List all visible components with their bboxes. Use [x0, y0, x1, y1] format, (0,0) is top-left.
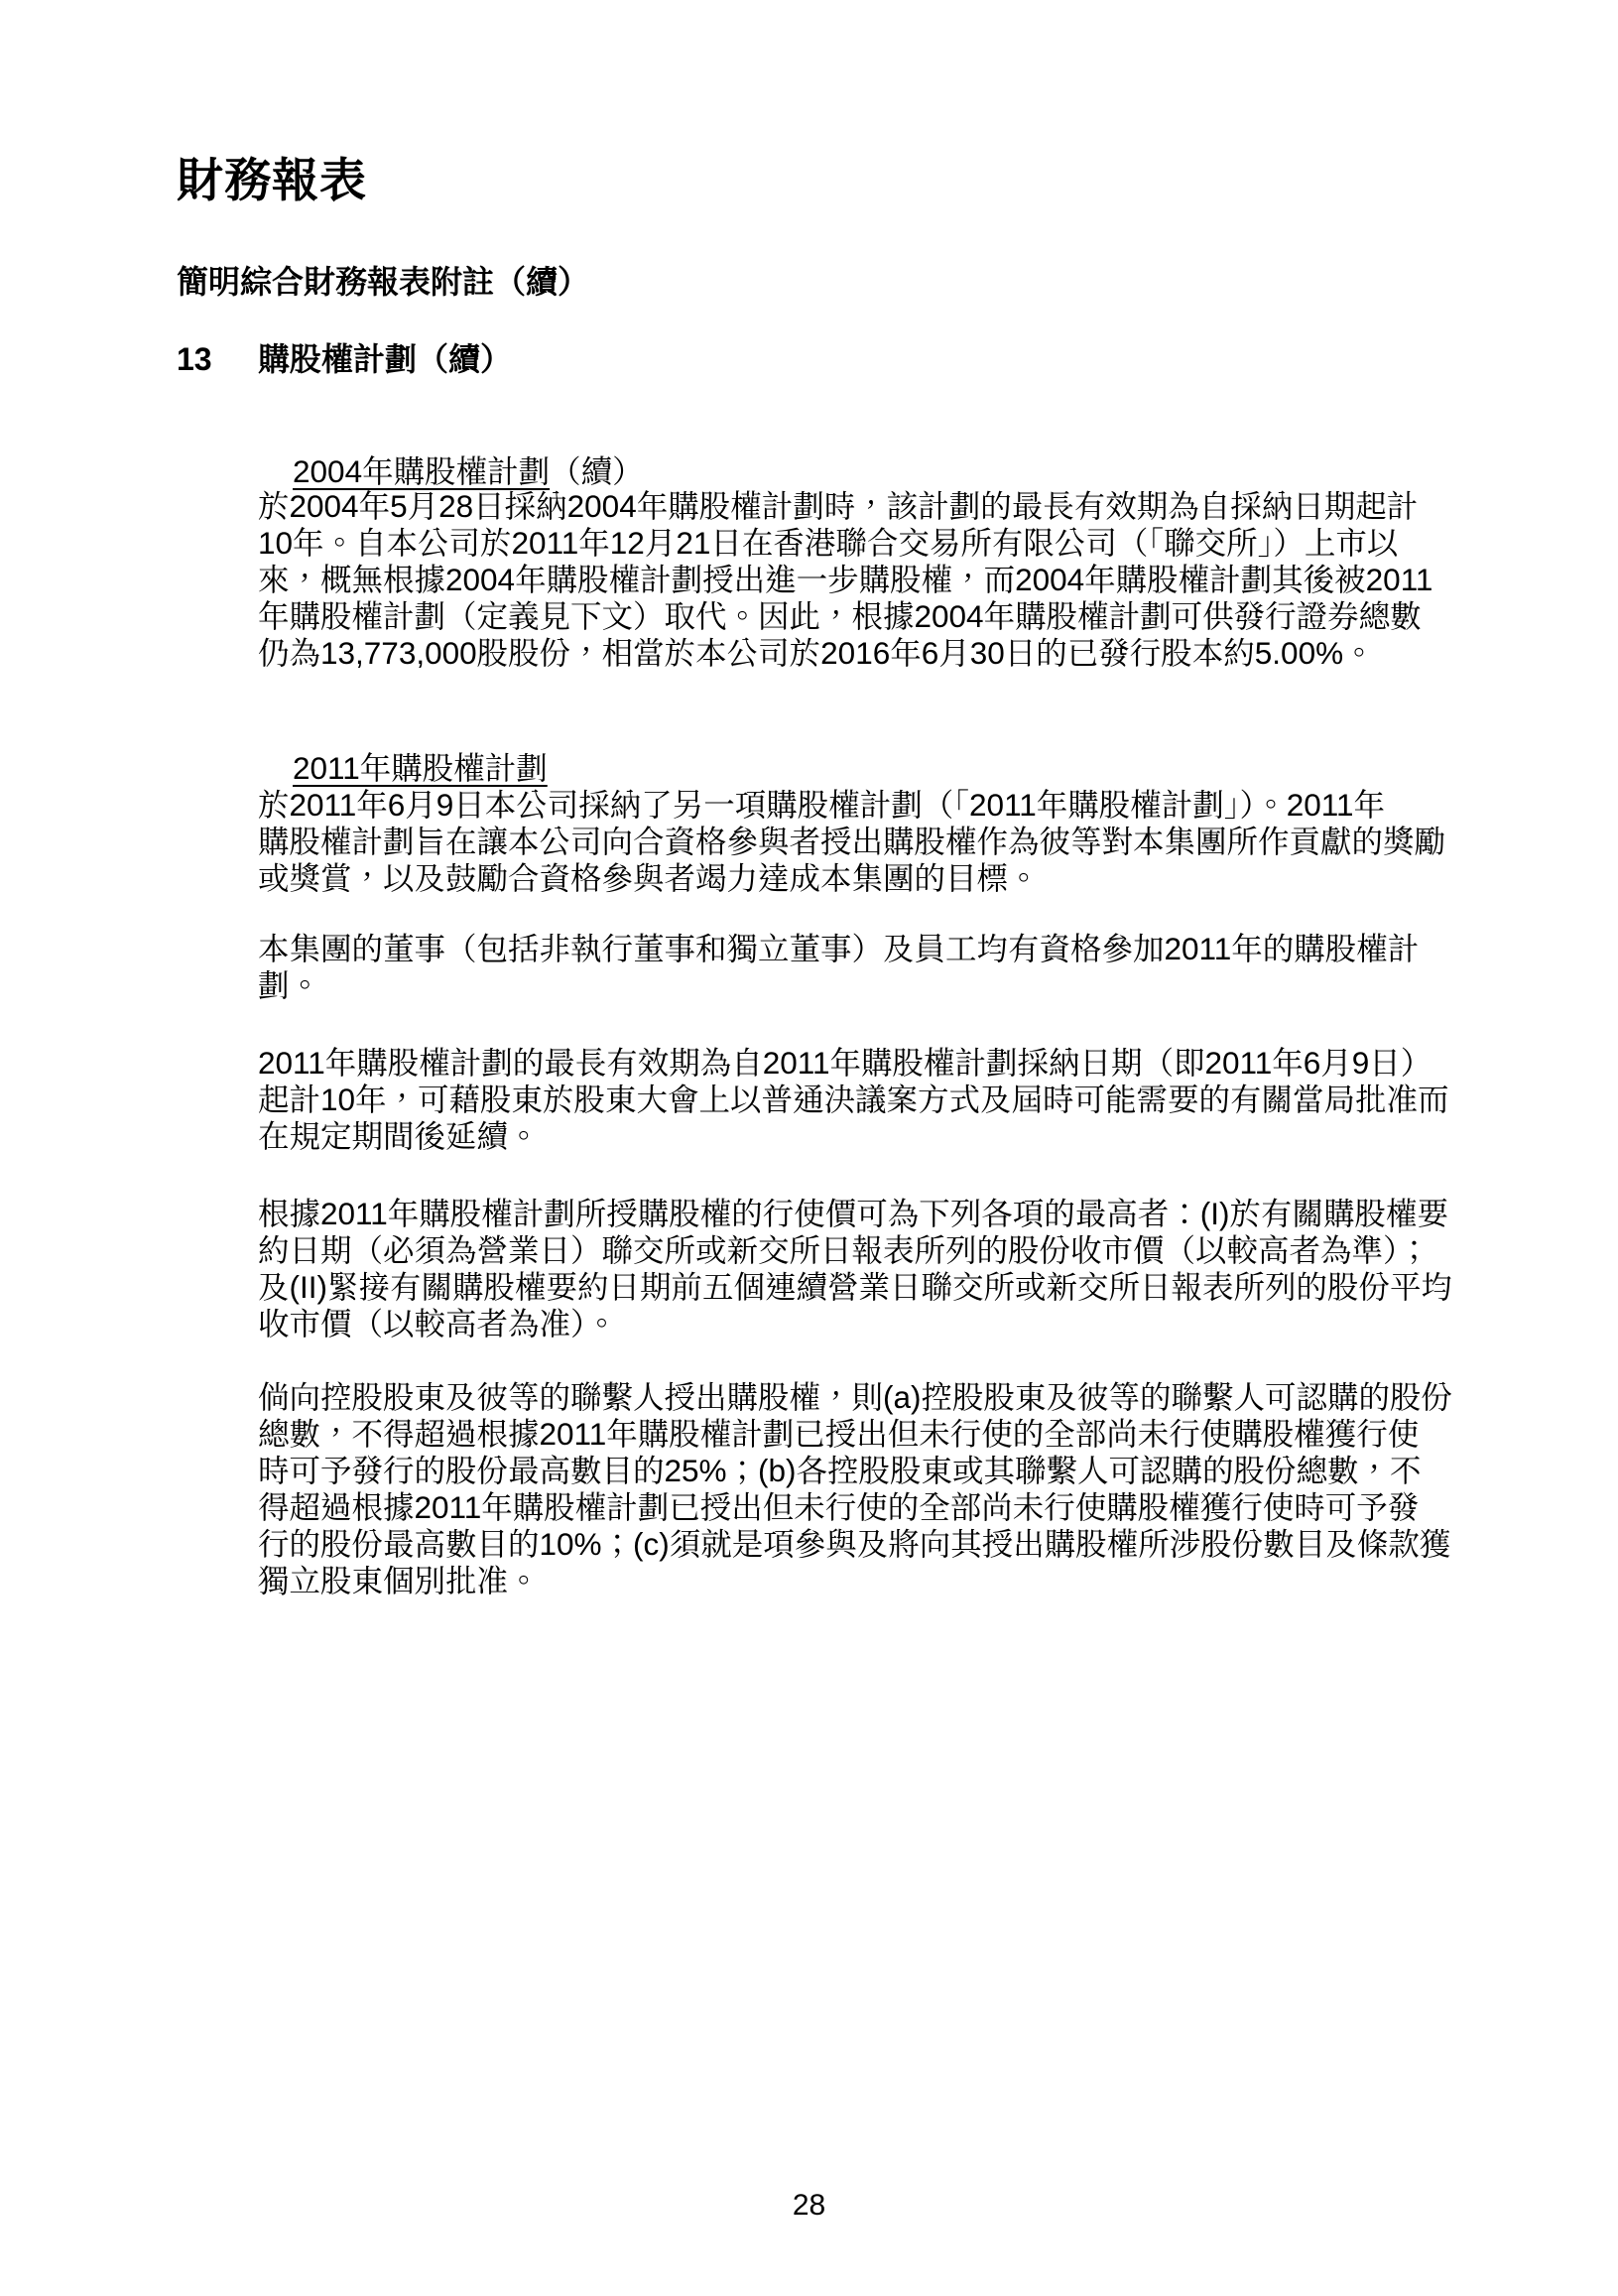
subsection-2011-heading-underlined: 2011年購股權計劃 — [293, 750, 548, 786]
notes-subtitle: 簡明綜合財務報表附註（續） — [177, 264, 589, 301]
section-number: 13 — [177, 341, 258, 378]
paragraph-validity-period: 2011年購股權計劃的最長有效期為自2011年購股權計劃採納日期（即2011年6… — [258, 1045, 1458, 1155]
paragraph-controlling-shareholders: 倘向控股股東及彼等的聯繫人授出購股權，則(a)控股股東及彼等的聯繫人可認購的股份… — [258, 1379, 1458, 1599]
page-title: 財務報表 — [177, 157, 367, 203]
section-title: 購股權計劃（續） — [258, 341, 512, 378]
page-number: 28 — [0, 2189, 1618, 2222]
section-13-heading: 13 購股權計劃（續） — [177, 341, 512, 378]
document-page: 財務報表 簡明綜合財務報表附註（續） 13 購股權計劃（續） 2004年購股權計… — [0, 0, 1618, 2296]
paragraph-2004-plan: 於2004年5月28日採納2004年購股權計劃時，該計劃的最長有效期為自採納日期… — [258, 488, 1458, 672]
paragraph-eligibility: 本集團的董事（包括非執行董事和獨立董事）及員工均有資格參加2011年的購股權計 … — [258, 931, 1458, 1004]
paragraph-2011-adoption: 於2011年6月9日本公司採納了另一項購股權計劃（「2011年購股權計劃」）。2… — [258, 787, 1458, 897]
paragraph-exercise-price: 根據2011年購股權計劃所授購股權的行使價可為下列各項的最高者：(I)於有關購股… — [258, 1196, 1458, 1342]
subsection-2004-heading-suffix: （續） — [550, 453, 644, 489]
subsection-2004-heading-underlined: 2004年購股權計劃 — [293, 453, 550, 489]
